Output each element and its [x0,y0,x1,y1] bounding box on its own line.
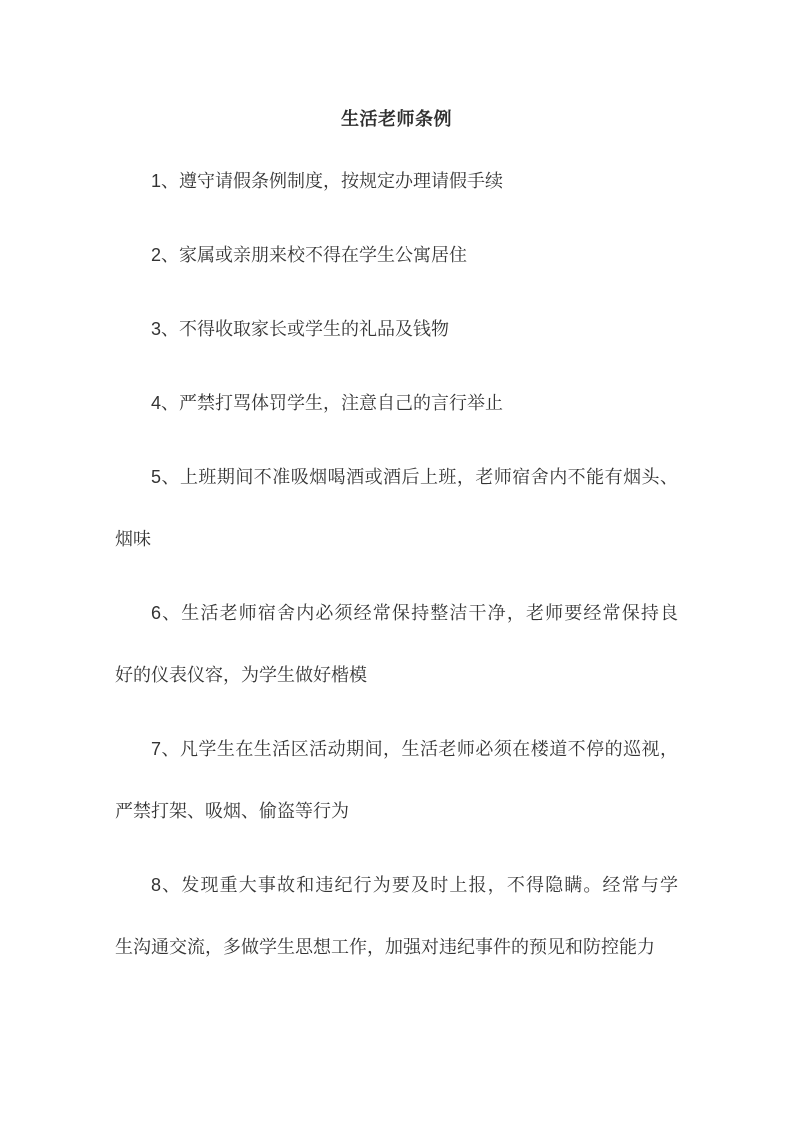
rule-6-line-2: 好的仪表仪容，为学生做好楷模 [115,644,678,706]
rule-paragraph-4: 4、严禁打骂体罚学生，注意自己的言行举止 [115,372,678,434]
document-page: 生活老师条例 1、遵守请假条例制度，按规定办理请假手续 2、家属或亲朋来校不得在… [0,0,793,1122]
rule-paragraph-5: 5、上班期间不准吸烟喝酒或酒后上班，老师宿舍内不能有烟头、 烟味 [115,446,678,570]
rule-paragraph-8: 8、发现重大事故和违纪行为要及时上报，不得隐瞒。经常与学 生沟通交流，多做学生思… [115,854,678,978]
rule-4-line-1: 4、严禁打骂体罚学生，注意自己的言行举止 [115,372,678,434]
rule-paragraph-6: 6、生活老师宿舍内必须经常保持整洁干净，老师要经常保持良 好的仪表仪容，为学生做… [115,582,678,706]
rule-5-line-1: 5、上班期间不准吸烟喝酒或酒后上班，老师宿舍内不能有烟头、 [115,446,678,508]
rule-6-line-1: 6、生活老师宿舍内必须经常保持整洁干净，老师要经常保持良 [115,582,678,644]
rule-8-line-2: 生沟通交流，多做学生思想工作，加强对违纪事件的预见和防控能力 [115,916,678,978]
rule-paragraph-3: 3、不得收取家长或学生的礼品及钱物 [115,298,678,360]
document-title: 生活老师条例 [115,88,678,150]
rule-8-line-1: 8、发现重大事故和违纪行为要及时上报，不得隐瞒。经常与学 [115,854,678,916]
rule-paragraph-7: 7、凡学生在生活区活动期间，生活老师必须在楼道不停的巡视， 严禁打架、吸烟、偷盗… [115,718,678,842]
rule-5-line-2: 烟味 [115,508,678,570]
rule-1-line-1: 1、遵守请假条例制度，按规定办理请假手续 [115,150,678,212]
rule-paragraph-2: 2、家属或亲朋来校不得在学生公寓居住 [115,224,678,286]
rule-7-line-1: 7、凡学生在生活区活动期间，生活老师必须在楼道不停的巡视， [115,718,678,780]
rule-7-line-2: 严禁打架、吸烟、偷盗等行为 [115,780,678,842]
rule-2-line-1: 2、家属或亲朋来校不得在学生公寓居住 [115,224,678,286]
rule-paragraph-1: 1、遵守请假条例制度，按规定办理请假手续 [115,150,678,212]
rule-3-line-1: 3、不得收取家长或学生的礼品及钱物 [115,298,678,360]
